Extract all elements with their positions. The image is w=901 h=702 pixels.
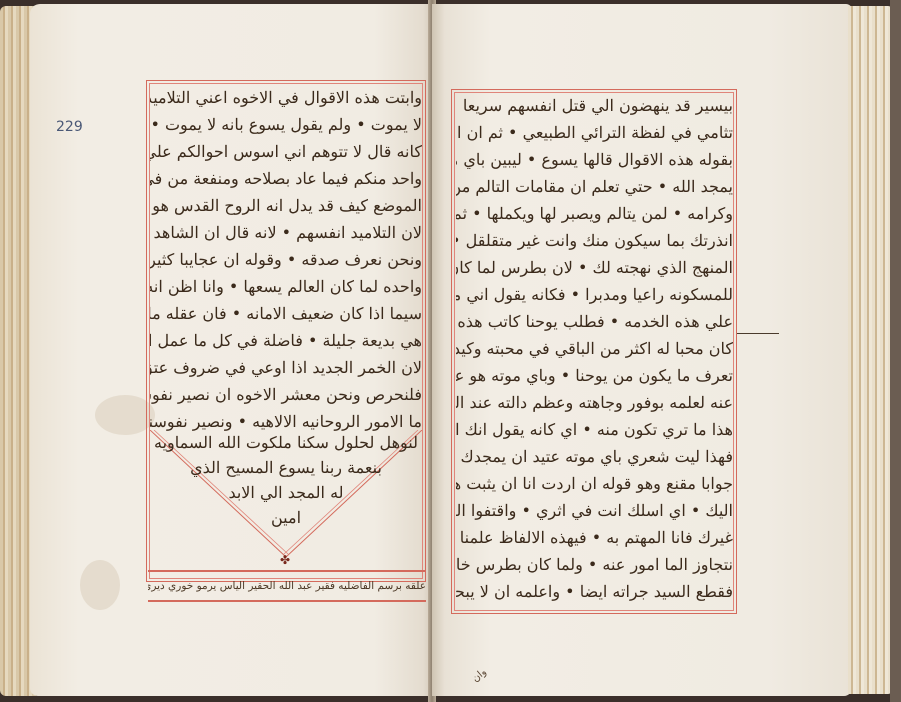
text-line: فهذا ليت شعري باي موته عتيد ان يمجدك • ف… xyxy=(456,443,733,470)
doxology-line: امين xyxy=(150,505,422,530)
text-line: كانه قال لا تتوهم اني اسوس احوالكم علي ج… xyxy=(150,138,422,165)
text-line: انذرتك بما سيكون منك وانت غير متقلقل • ف… xyxy=(456,227,733,254)
text-line: يمجد الله • حتي تعلم ان مقامات التالم من… xyxy=(456,173,733,200)
colophon-strip: علقه برسم الفاضليه فقير عبد الله الحقير … xyxy=(148,570,426,602)
text-line: عنه لعلمه بوفور وجاهته وعظم دالته عند ال… xyxy=(456,389,733,416)
text-line: واحد منكم فيما عاد بصلاحه ومنفعة من في ا… xyxy=(150,165,422,192)
text-line: وكرامه • لمن يتالم ويصبر لها ويكملها • ث… xyxy=(456,200,733,227)
right-fore-edge xyxy=(848,6,892,694)
text-line: ونحن نعرف صدقه • وقوله ان عجايبا كثيره ص… xyxy=(150,246,422,273)
text-line: علي هذه الخدمه • فطلب يوحنا كاتب هذه الا… xyxy=(456,308,733,335)
right-text-block: بيسير قد ينهضون الي قتل انفسهم سريعا • و… xyxy=(456,92,733,605)
binding-cover-edge xyxy=(890,0,901,702)
text-line: لا يموت • ولم يقول يسوع بانه لا يموت • ب… xyxy=(150,111,422,138)
text-line: بقوله هذه الاقوال قالها يسوع • ليبين باي… xyxy=(456,146,733,173)
doxology-line: لنوهل لحلول سكنا ملكوت الله السماويه xyxy=(150,430,422,455)
doxology-line: له المجد الي الابد xyxy=(150,480,422,505)
text-line: فلنحرص ونحن معشر الاخوه ان نصير نفوسنا م… xyxy=(150,381,422,408)
text-line: كان محبا له اكثر من الباقي في محبته وكيد… xyxy=(456,335,733,362)
margin-pen-stroke xyxy=(737,333,779,334)
closing-doxology: لنوهل لحلول سكنا ملكوت الله السماويه بنع… xyxy=(150,430,422,530)
text-line: تثامي في لفظة الترائي الطبيعي • ثم ان ال… xyxy=(456,119,733,146)
text-line: للمسكونه راعيا ومدبرا • فكانه يقول اني م… xyxy=(456,281,733,308)
text-line: تعرف ما يكون من يوحنا • وباي موته هو عتي… xyxy=(456,362,733,389)
text-line: الموضع كيف قد يدل انه الروح القدس هو الم… xyxy=(150,192,422,219)
text-line: هي بديعة جليلة • فاضلة في كل ما عمل السي… xyxy=(150,327,422,354)
text-line: جوابا مقنع وهو قوله ان اردت انا ان يثبت … xyxy=(456,470,733,497)
text-line: لان التلاميد انفسهم • لانه قال ان الشاهد… xyxy=(150,219,422,246)
paper-stain xyxy=(80,560,120,610)
text-line: لان الخمر الجديد اذا اوعي في ضروف عتق با… xyxy=(150,354,422,381)
text-line: المنهج الذي نهجته لك • لان بطرس لما كان … xyxy=(456,254,733,281)
text-line: وابتت هذه الاقوال في الاخوه اعني التلامي… xyxy=(150,84,422,111)
doxology-line: بنعمة ربنا يسوع المسيح الذي xyxy=(150,455,422,480)
manuscript-spread: 229 وابتت هذه الاقوال في الاخوه اعني الت… xyxy=(0,0,901,702)
text-line: سيما اذا كان ضعيف الامانه • فان عقله ما … xyxy=(150,300,422,327)
text-line: غيرك فانا المهتم به • فيهذه الالفاظ علمن… xyxy=(456,524,733,551)
text-line: اليك • اي اسلك انت في اثري • واقتفوا الم… xyxy=(456,497,733,524)
left-text-block: وابتت هذه الاقوال في الاخوه اعني التلامي… xyxy=(150,84,422,435)
text-line: بيسير قد ينهضون الي قتل انفسهم سريعا • و… xyxy=(456,92,733,119)
text-line: نتجاوز الما امور عنه • ولما كان بطرس خاط… xyxy=(456,551,733,578)
finial-ornament-icon: ✤ xyxy=(280,553,290,567)
text-line: واحده لما كان العالم يسعها • وانا اظن ان… xyxy=(150,273,422,300)
text-line: فقطع السيد جراته ايضا • واعلمه ان لا يبح… xyxy=(456,578,733,605)
folio-number: 229 xyxy=(56,119,83,135)
colophon-text: علقه برسم الفاضليه فقير عبد الله الحقير … xyxy=(148,572,426,600)
text-line: هذا ما تري تكون منه • اي كانه يقول انك ا… xyxy=(456,416,733,443)
